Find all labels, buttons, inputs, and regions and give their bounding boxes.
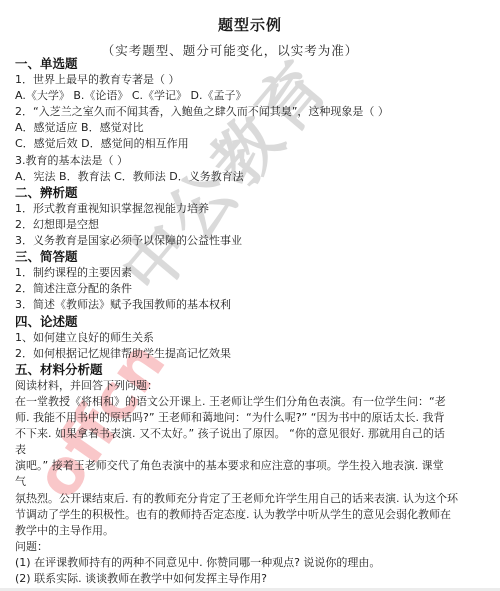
material-line: 教学中的主导作用。 (15, 523, 455, 539)
question-line: 2．“入芝兰之室久而不闻其香，入鲍鱼之肆久而不闻其臭”，这种现象是（ ） (15, 104, 455, 120)
material-line: 在一堂教授《将相和》的语文公开课上. 王老师让学生们分角色表演。有一位学生问：“… (15, 394, 455, 410)
document-body: 一、单选题 1．世界上最早的教育专著是（ ） A.《大学》 B.《论语》 C.《… (15, 56, 455, 587)
document-page: 中公教育 offcn 题型示例 （实考题型、题分可能变化，以实考为准） 一、单选… (0, 0, 500, 588)
document-title: 题型示例 (0, 14, 500, 35)
section-heading-essay: 四、论述题 (15, 314, 455, 330)
question-line: 1．形式教育重视知识掌握忽视能力培养 (15, 201, 455, 217)
section-heading-material-analysis: 五、材料分析题 (15, 362, 455, 378)
material-line: 氛热烈。公开课结束后. 有的教师充分肯定了王老师允许学生用自己的话来表演. 认为… (15, 491, 455, 507)
question-line: 3．义务教育是国家必须予以保障的公益性事业 (15, 233, 455, 249)
options-line: A.《大学》 B.《论语》 C.《学记》 D.《孟子》 (15, 88, 455, 104)
questions-label: 问题： (15, 539, 455, 555)
question-line: 1、如何建立良好的师生关系 (15, 330, 455, 346)
question-line: 1．制约课程的主要因素 (15, 265, 455, 281)
options-line: C．感觉后效 D．感觉间的相互作用 (15, 136, 455, 152)
material-line: 演吧。” 接着王老师交代了角色表演中的基本要求和应注意的事项。学生投入地表演. … (15, 458, 455, 474)
section-heading-single-choice: 一、单选题 (15, 56, 455, 72)
question-line: 3.教育的基本法是（ ） (15, 153, 455, 169)
material-line: 气 (15, 474, 455, 490)
material-line: 师. 我能不用书中的原话吗?” 王老师和蔼地问：“为什么呢?” “因为书中的原话… (15, 410, 455, 426)
instruction-line: 阅读材料，并回答下列问题： (15, 378, 455, 394)
material-line: 表 (15, 442, 455, 458)
section-heading-short-answer: 三、简答题 (15, 249, 455, 265)
question-line: 2．简述注意分配的条件 (15, 281, 455, 297)
question-line: 3．简述《教师法》赋予我国教师的基本权利 (15, 297, 455, 313)
question-line: 2．幻想即是空想 (15, 217, 455, 233)
question-line: 2．如何根据记忆规律帮助学生提高记忆效果 (15, 346, 455, 362)
material-line: 节调动了学生的积极性。也有的教师持否定态度. 认为教学中听从学生的意见会弱化教师… (15, 507, 455, 523)
question-line: 1．世界上最早的教育专著是（ ） (15, 72, 455, 88)
options-line: A．感觉适应 B．感觉对比 (15, 120, 455, 136)
options-line: A．宪法 B．教育法 C．教师法 D．义务教育法 (15, 169, 455, 185)
material-line: 不下来. 如果拿着书表演. 又不太好。” 孩子说出了原因。 “你的意见很好. 那… (15, 426, 455, 442)
question-line: (1) 在评课教师持有的两种不同意见中. 你赞同哪一种观点? 说说你的理由。 (15, 555, 455, 571)
section-heading-analysis: 二、辨析题 (15, 185, 455, 201)
question-line: (2) 联系实际. 谈谈教师在教学中如何发挥主导作用? (15, 571, 455, 587)
